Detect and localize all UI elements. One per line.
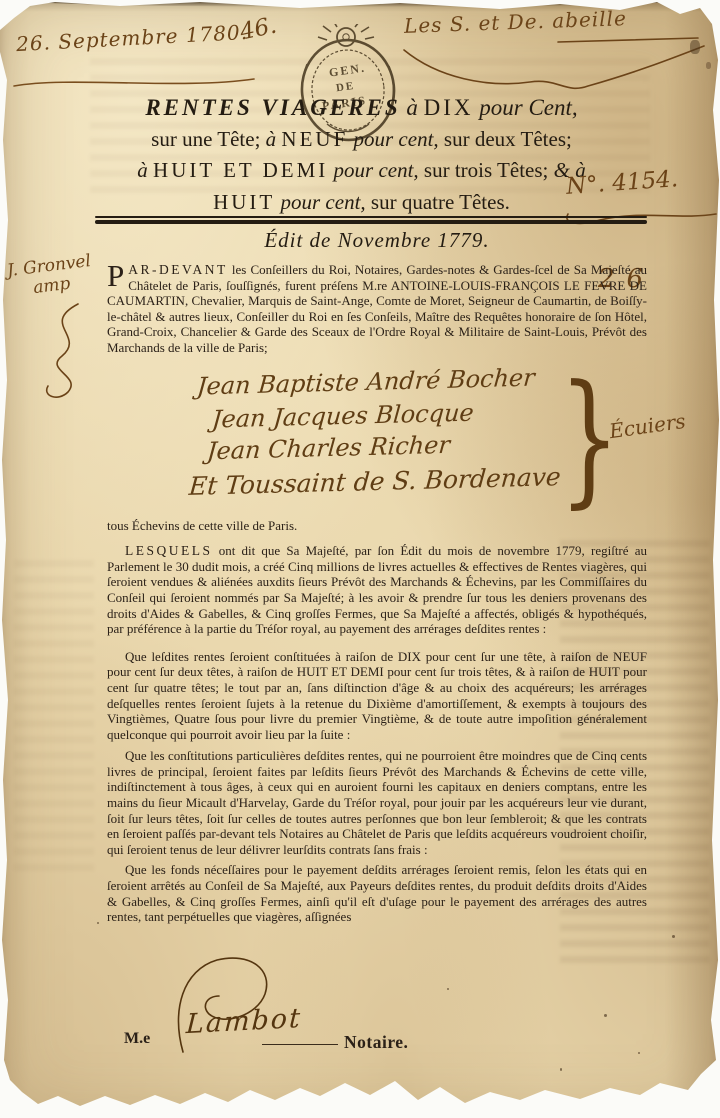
notary-signature-area: M.e Lambot Notaire.	[0, 950, 720, 1070]
signatory-name: Jean Jacques Blocque	[211, 398, 475, 433]
folio-annotation: 46.	[238, 12, 279, 45]
lesquels-paragraph: LESQUELS ont dit que Sa Majeſté, par ſon…	[107, 543, 647, 637]
signatory-name: Jean Charles Richer	[206, 430, 451, 464]
body-column: Édit de Novembre 1779. PAR-DEVANT les Co…	[107, 228, 647, 925]
ink-speck	[97, 922, 99, 924]
funds-paragraph: Que les fonds néceſſaires pour le payeme…	[107, 862, 647, 924]
ink-speck	[638, 1052, 640, 1054]
drop-cap: P	[107, 262, 128, 289]
title-line-4: HUIT pour cent, sur quatre Têtes.	[83, 187, 640, 219]
signatory-name: Jean Baptiste André Bocher	[196, 363, 536, 400]
signature-dash	[262, 1044, 338, 1045]
stamp-text-gen: GEN.	[328, 61, 367, 80]
notaire-label: Notaire.	[344, 1032, 408, 1053]
rates-paragraph: Que leſdites rentes ſeroient conſtituées…	[107, 649, 647, 743]
bleedthrough-texture	[14, 560, 94, 880]
margin-paraph-flourish	[28, 300, 108, 400]
paper-sheet: 26. Septembre 1780. 46. Les S. et De. ab…	[0, 0, 720, 1118]
stain-blot	[690, 40, 700, 54]
divider-rule	[95, 216, 647, 224]
date-annotation: 26. Septembre 1780.	[16, 20, 249, 56]
stain-blot	[706, 62, 711, 69]
date-underline-flourish	[10, 72, 260, 94]
edict-heading: Édit de Novembre 1779.	[107, 228, 647, 253]
parties-flourish	[398, 36, 713, 96]
document-page: 26. Septembre 1780. 46. Les S. et De. ab…	[0, 0, 720, 1118]
constitutions-paragraph: Que les conſtitutions particulières deſd…	[107, 748, 647, 857]
title-line-1: RENTES VIAGERES à DIX pour Cent,	[83, 92, 640, 124]
title-line-2: sur une Tête; à NEUF pour cent, sur deux…	[83, 124, 640, 156]
ink-speck	[672, 935, 675, 938]
signatories-zone: Jean Baptiste André Bocher Jean Jacques …	[107, 368, 647, 513]
title-line-3: à HUIT ET DEMI pour cent, sur trois Tête…	[83, 155, 640, 187]
parties-annotation: Les S. et De. abeille	[404, 6, 628, 38]
opening-paragraph: PAR-DEVANT les Conſeillers du Roi, Notai…	[107, 262, 647, 356]
ink-speck	[560, 1068, 562, 1071]
document-title: RENTES VIAGERES à DIX pour Cent, sur une…	[83, 92, 640, 218]
page-top-edge	[16, 0, 684, 7]
notary-signature: Lambot	[185, 1003, 303, 1040]
signatory-name: Et Toussaint de S. Bordenave	[188, 462, 562, 501]
honorific-label: M.e	[124, 1030, 150, 1048]
ink-speck	[604, 1014, 607, 1017]
ink-speck	[447, 988, 449, 990]
margin-note: J. Gronvel amp	[6, 251, 95, 301]
